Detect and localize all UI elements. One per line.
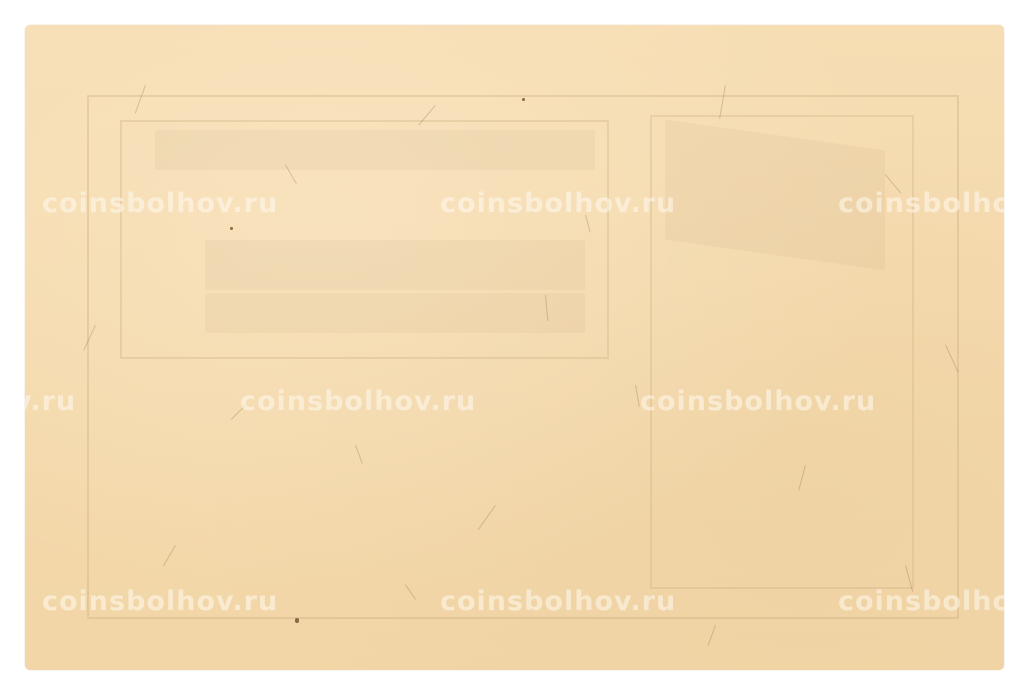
paper-speck (295, 618, 299, 623)
watermark-text: coinsbolhov.ru (838, 188, 1004, 219)
watermark-text: coinsbolhov.ru (640, 386, 876, 417)
banknote-paper: coinsbolhov.ru coinsbolhov.ru coinsbolho… (25, 25, 1004, 670)
watermark-text: coinsbolhov.ru (838, 586, 1004, 617)
watermark-text: coinsbolhov.ru (240, 386, 476, 417)
watermark-text: coinsbolhov.ru (440, 188, 676, 219)
watermark-text: coinsbolhov.ru (440, 586, 676, 617)
watermark-text: coinsbolhov.ru (42, 586, 278, 617)
paper-speck (230, 227, 233, 230)
showthrough-text-band (205, 240, 585, 290)
showthrough-text-band (205, 293, 585, 333)
watermark-text: coinsbolhov.ru (25, 386, 76, 417)
showthrough-text-band (155, 130, 595, 170)
paper-speck (522, 98, 525, 101)
watermark-text: coinsbolhov.ru (42, 188, 278, 219)
